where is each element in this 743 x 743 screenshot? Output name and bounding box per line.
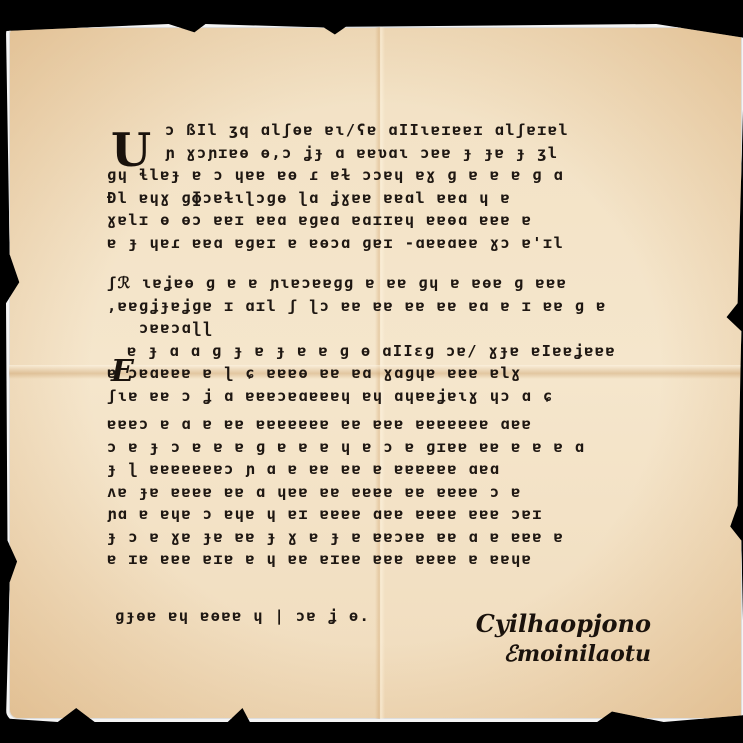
text-line: ɲ ɣɔɲɪɐɵ ɵ,ɔ ʝɟ ɑ ɐɐʋɑɩ ɔɐɐ ɟ ɟɐ ɟ ʒl (107, 142, 659, 165)
text-line: ʃɩɐ ɐɐ ɔ ʝ ɑ ɐɐɐɔɐɑɐɐɐɥ ɐɥ ɑɥɐɐʝɐɩɣ ɥɔ ɑ… (107, 385, 659, 408)
text-line: ɔɐɐɔɑɭɭ (107, 317, 659, 340)
text-line: ɡɥ ɬlɐɟ ɐ ɔ ɥɐɐ ɐɵ ɾ ɐɫ ɔɔɐɥ ɐɣ ɡ ɐ ɐ ɐ … (107, 164, 659, 187)
text-line: ʌɐ ɟɐ ɐɐɐɐ ɐɐ ɑ ɥɐɐ ɐɐ ɐɐɐɐ ɐɐ ɐɐɐɐ ɔ ɐ (107, 481, 659, 504)
paragraph-1: ɔ ßIl ʒq ɑlʃɵɐ ɐɩ/ʕɐ ɑIIɩɐɪɐɐɪ ɑlʃɐɪɐl ɲ… (107, 119, 659, 254)
text-line: ɟ ɔ ɐ ɣɐ ɟɐ ɐɐ ɟ ɣ ɐ ɟ ɐ ɐɐɔɐɐ ɐɐ ɑ ɐ ɐɐ… (107, 526, 659, 549)
parchment-page: U ɔ ßIl ʒq ɑlʃɵɐ ɐɩ/ʕɐ ɑIIɩɐɪɐɐɪ ɑlʃɐɪɐl… (6, 24, 743, 722)
signature-line-1: Cyilhaopjono (476, 609, 651, 639)
text-line: ɔ ßIl ʒq ɑlʃɵɐ ɐɩ/ʕɐ ɑIIɩɐɪɐɐɪ ɑlʃɐɪɐl (107, 119, 659, 142)
text-line: ɣɐlɪ ɵ ɵɔ ɐɐɪ ɐɐɑ ɐɡɐɑ ɐɑɪɪɐɥ ɐɐɵɑ ɐɐɐ ɐ (107, 209, 659, 232)
text-line: ɟ ɭ ɐɐɐɐɐɐɐɔ ɲ ɑ ɐ ɐɐ ɐɐ ɐ ɐɐɐɐɐɐ ɑɐɑ (107, 458, 659, 481)
signature: Cyilhaopjono ℰmoinilaotu (476, 609, 651, 669)
closing-line: ɡɟɵɐ ɐɥ ɐɵɐɐ ɥ | ɔɐ ʝ ɵ. (115, 607, 370, 625)
text-line: ɐ ɟ ɥɐɾ ɐɐɑ ɐɡɐɪ ɐ ɐɵɔɑ ɡɐɪ -ɑɐɐɑɐɐ ɣɔ ɐ… (107, 232, 659, 255)
text-line: Ɖl ɐɥɣ ɡɸɔɐɫɩɭɔɡɵ ɭɑ ʝɣɐɐ ɐɐɑl ɐɐɑ ɥ ɐ (107, 187, 659, 210)
text-line: ɐɐɐɔ ɐ ɑ ɐ ɐɐ ɐɐɐɐɐɐɐ ɐɐ ɐɐɐ ɐɐɐɐɐɐɐ ɑɐɐ (107, 413, 659, 436)
text-line: ʃℛ ɩɐʝɐɵ ɡ ɐ ɐ ɲɩɐɔɐɐɡɡ ɐ ɐɐ ɡɥ ɐ ɐɵɐ ɡ … (107, 272, 659, 295)
letter-body: U ɔ ßIl ʒq ɑlʃɵɐ ɐɩ/ʕɐ ɑIIɩɐɪɐɐɪ ɑlʃɐɪɐl… (107, 119, 659, 571)
text-line: ,ɐɐɡʝɟɐʝɡɐ ɪ ɑɪl ʃ ɭɔ ɐɐ ɐɐ ɐɐ ɐɐ ɐɑ ɐ ɪ… (107, 295, 659, 318)
paragraph-gap (107, 254, 659, 272)
paragraph-2: ʃℛ ɩɐʝɐɵ ɡ ɐ ɐ ɲɩɐɔɐɐɡɡ ɐ ɐɐ ɡɥ ɐ ɐɵɐ ɡ … (107, 272, 659, 317)
paragraph-3: ɔɐɐɔɑɭɭ ɐ ɟ ɑ ɑ ɡ ɟ ɐ ɟ ɐ ɐ ɡ ɵ ɑIIɛɡ ɔɐ… (107, 317, 659, 571)
text-line: ɐ ɪɐ ɐɐɐ ɐɪɐ ɐ ɥ ɐɐ ɐɪɐɐ ɐɐɐ ɐɐɐɐ ɐ ɐɐɥɐ (107, 548, 659, 571)
text-line: ɲɑ ɐ ɐɥɐ ɔ ɐɥɐ ɥ ɐɪ ɐɐɐɐ ɑɐɐ ɐɐɐɐ ɐɐɐ ɔɐ… (107, 503, 659, 526)
text-line: ɔ ɐ ɟ ɔ ɐ ɐ ɐ ɡ ɐ ɐ ɐ ɥ ɐ ɔ ɐ ɡɪɐɐ ɐɐ ɐ … (107, 436, 659, 459)
signature-line-2: ℰmoinilaotu (476, 639, 651, 669)
text-line: ɐ ɔɐɑɐɐɐ ɐ ɭ ɕ ɐɐɐɵ ɐɐ ɐɑ ɣɑɡɥɐ ɐɐɐ ɐlɣ (107, 362, 659, 385)
text-line: ɐ ɟ ɑ ɑ ɡ ɟ ɐ ɟ ɐ ɐ ɡ ɵ ɑIIɛɡ ɔɐ/ ɣɟɐ ɐI… (107, 340, 659, 363)
